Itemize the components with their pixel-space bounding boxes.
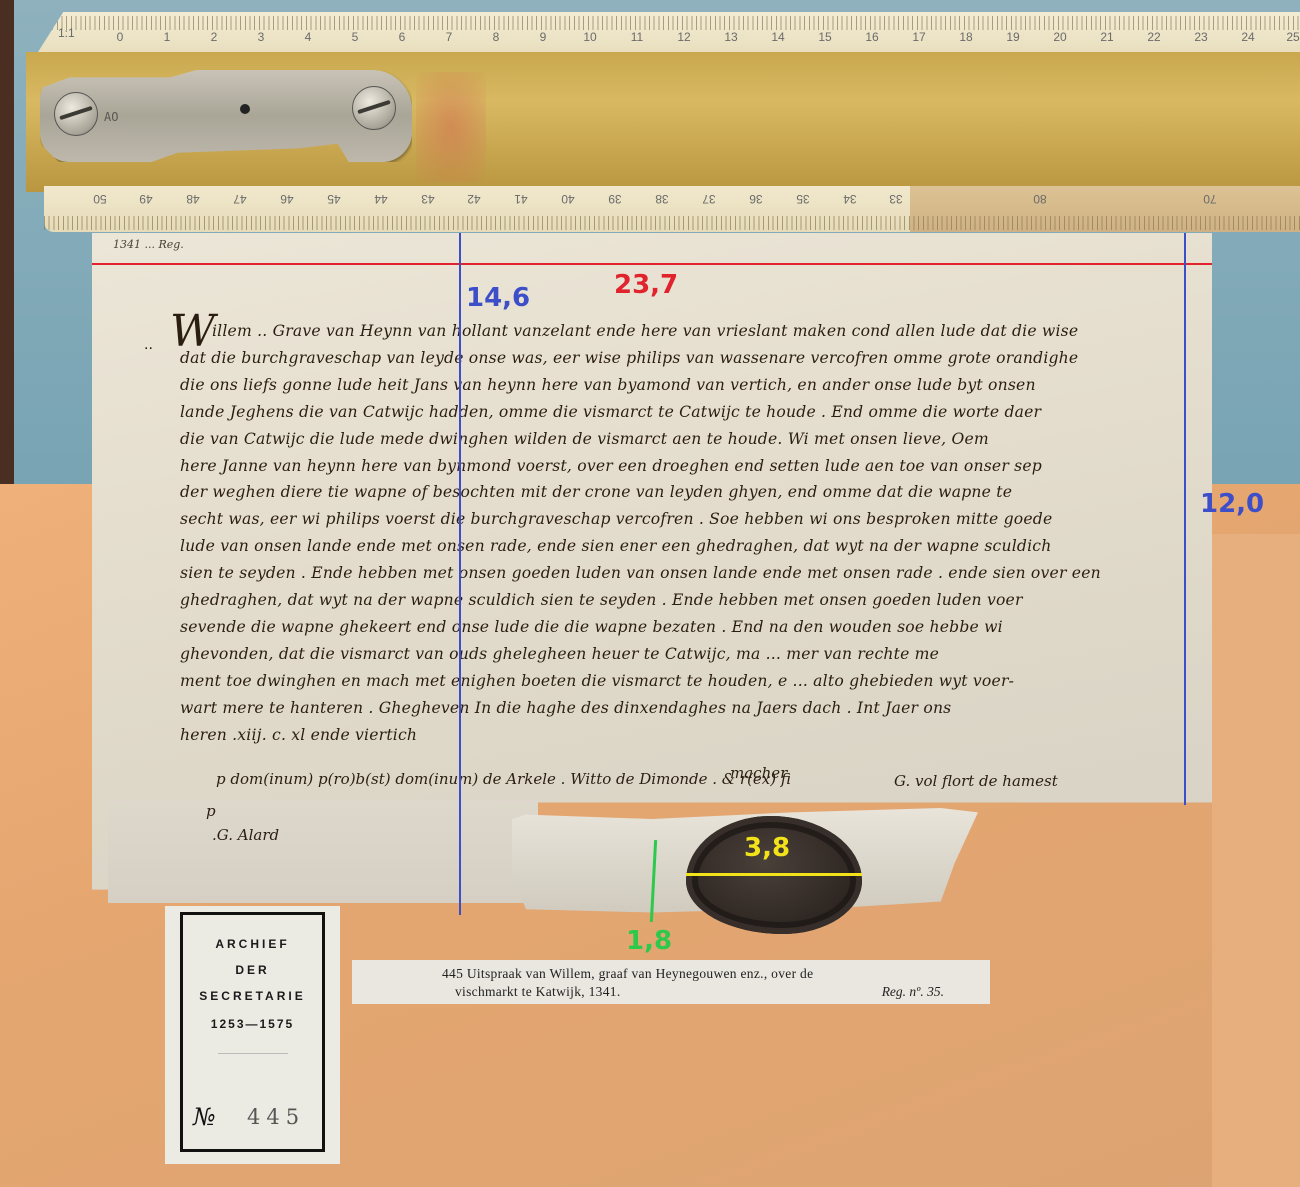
archive-label-separator: [218, 1053, 288, 1054]
measure-line-seal: [686, 873, 862, 876]
charter-line: ghevonden, dat die vismarct van ouds ghe…: [180, 641, 1185, 668]
archive-label-line: DER: [183, 963, 322, 977]
measure-label-left: 14,6: [466, 283, 530, 313]
archive-label-frame: ARCHIEF DER SECRETARIE 1253—1575 № 445: [180, 912, 325, 1152]
tick-label: 48: [186, 192, 199, 206]
ruler-top-ticks: [38, 16, 1300, 30]
subscription-signature: G. vol flort de hamest: [894, 772, 1058, 790]
tick-label: 15: [818, 30, 831, 44]
numero-sign: №: [193, 1103, 216, 1131]
charter-line: heren .xiij. c. xl ende viertich: [180, 722, 1185, 749]
tick-label: 9: [540, 30, 547, 44]
charter-line: ment toe dwinghen en mach met enighen bo…: [180, 668, 1185, 695]
caption-register: Reg. nº. 35.: [882, 984, 944, 1000]
tick-label: 0: [117, 30, 124, 44]
tick-label: 8: [493, 30, 500, 44]
charter-line: sien te seyden . Ende hebben met onsen g…: [180, 560, 1185, 587]
tick-label: 11: [631, 30, 643, 44]
tick-label: 17: [912, 30, 925, 44]
tick-label: 44: [374, 192, 387, 206]
tick-label: 80: [1033, 192, 1046, 206]
charter-line: illem .. Grave van Heynn van hollant van…: [180, 318, 1185, 345]
ruler-scale-label: 1:1: [58, 26, 75, 40]
measure-label-height: 12,0: [1200, 489, 1264, 519]
charter-line: die ons liefs gonne lude heit Jans van h…: [180, 372, 1185, 399]
tick-label: 34: [843, 192, 856, 206]
tick-label: 50: [93, 192, 106, 206]
subscription-note: p dom(inum) p(ro)b(st) dom(inum) de Arke…: [216, 770, 791, 788]
tick-label: 38: [655, 192, 668, 206]
caption-line-2: vischmarkt te Katwijk, 1341.: [455, 984, 621, 1000]
tick-label: 5: [352, 30, 359, 44]
charter-lower-left: [108, 800, 538, 903]
subscription-note: .G. Alard: [212, 826, 279, 844]
tick-label: 19: [1006, 30, 1019, 44]
archive-label-line: SECRETARIE: [183, 989, 322, 1003]
tick-label: 6: [399, 30, 406, 44]
tick-label: 24: [1241, 30, 1254, 44]
tick-label: 40: [561, 192, 574, 206]
tick-label: 18: [959, 30, 972, 44]
charter-line: sevende die wapne ghekeert end onse lude…: [180, 614, 1185, 641]
tick-label: 4: [305, 30, 312, 44]
tick-label: 39: [608, 192, 621, 206]
measure-label-seal: 3,8: [744, 833, 790, 863]
screw-icon: [352, 86, 396, 130]
archive-label-years: 1253—1575: [183, 1017, 322, 1031]
tick-label: 16: [865, 30, 878, 44]
tick-label: 47: [233, 192, 246, 206]
tick-label: 33: [889, 192, 902, 206]
tick-label: 7: [446, 30, 453, 44]
measure-line-left: [459, 233, 461, 915]
charter-line: dat die burchgraveschap van leyde onse w…: [180, 345, 1185, 372]
charter-line: der weghen diere tie wapne of besochten …: [180, 479, 1185, 506]
subscription-note: macher: [730, 764, 787, 782]
tick-label: 70: [1203, 192, 1216, 206]
tick-label: 46: [280, 192, 293, 206]
measure-line-right: [1184, 233, 1186, 805]
orange-folder-right-edge: [1212, 534, 1300, 1187]
subscription-note: p: [206, 802, 216, 820]
tick-label: 20: [1053, 30, 1066, 44]
tick-label: 36: [749, 192, 762, 206]
ruler-top-scale: 1:1 0 1 2 3 4 5 6 7 8 9 10 11 12 13 14 1…: [38, 12, 1300, 52]
tick-label: 41: [514, 192, 527, 206]
screw-icon: [54, 92, 98, 136]
tick-label: 23: [1194, 30, 1207, 44]
charter-line: die van Catwijc die lude mede dwinghen w…: [180, 426, 1185, 453]
tick-label: 10: [583, 30, 596, 44]
printed-caption-slip: 445 Uitspraak van Willem, graaf van Heyn…: [352, 960, 990, 1004]
charter-line: secht was, eer wi philips voerst die bur…: [180, 506, 1185, 533]
charter-line: ghedraghen, dat wyt na der wapne sculdic…: [180, 587, 1185, 614]
charter-line: lande Jeghens die van Catwijc hadden, om…: [180, 399, 1185, 426]
tick-label: 21: [1100, 30, 1113, 44]
tick-label: 25: [1286, 30, 1299, 44]
charter-line: wart mere te hanteren . Ghegheven In die…: [180, 695, 1185, 722]
tick-label: 3: [258, 30, 265, 44]
archive-label-line: ARCHIEF: [183, 937, 322, 951]
ruler-stain: [416, 72, 486, 182]
archival-pencil-note: 1341 ... Reg.: [113, 238, 184, 251]
clip-hole: [240, 104, 250, 114]
charter-line: lude van onsen lande ende met onsen rade…: [180, 533, 1185, 560]
charter-dots: ..: [144, 336, 153, 354]
caption-line-1: 445 Uitspraak van Willem, graaf van Heyn…: [442, 966, 813, 982]
measure-line-width: [92, 263, 1212, 265]
tick-label: 43: [421, 192, 434, 206]
tick-label: 1: [164, 30, 171, 44]
clip-mark: AO: [104, 110, 118, 124]
tick-label: 42: [467, 192, 480, 206]
tick-label: 37: [702, 192, 715, 206]
tick-label: 22: [1147, 30, 1160, 44]
archive-number: 445: [247, 1105, 305, 1129]
tick-label: 12: [677, 30, 690, 44]
ruler-bottom-scale: 50 49 48 47 46 45 44 43 42 41 40 39 38 3…: [44, 186, 1300, 232]
measure-label-strip: 1,8: [626, 926, 672, 956]
tick-label: 45: [327, 192, 340, 206]
charter-line: here Janne van heynn here van bynmond vo…: [180, 453, 1185, 480]
tick-label: 14: [771, 30, 784, 44]
measure-label-width: 23,7: [614, 270, 678, 300]
tick-label: 13: [724, 30, 737, 44]
tick-label: 2: [211, 30, 218, 44]
charter-text: illem .. Grave van Heynn van hollant van…: [180, 318, 1185, 749]
tick-label: 35: [796, 192, 809, 206]
tick-label: 49: [139, 192, 152, 206]
ruler-bottom-ticks: [44, 216, 1300, 230]
